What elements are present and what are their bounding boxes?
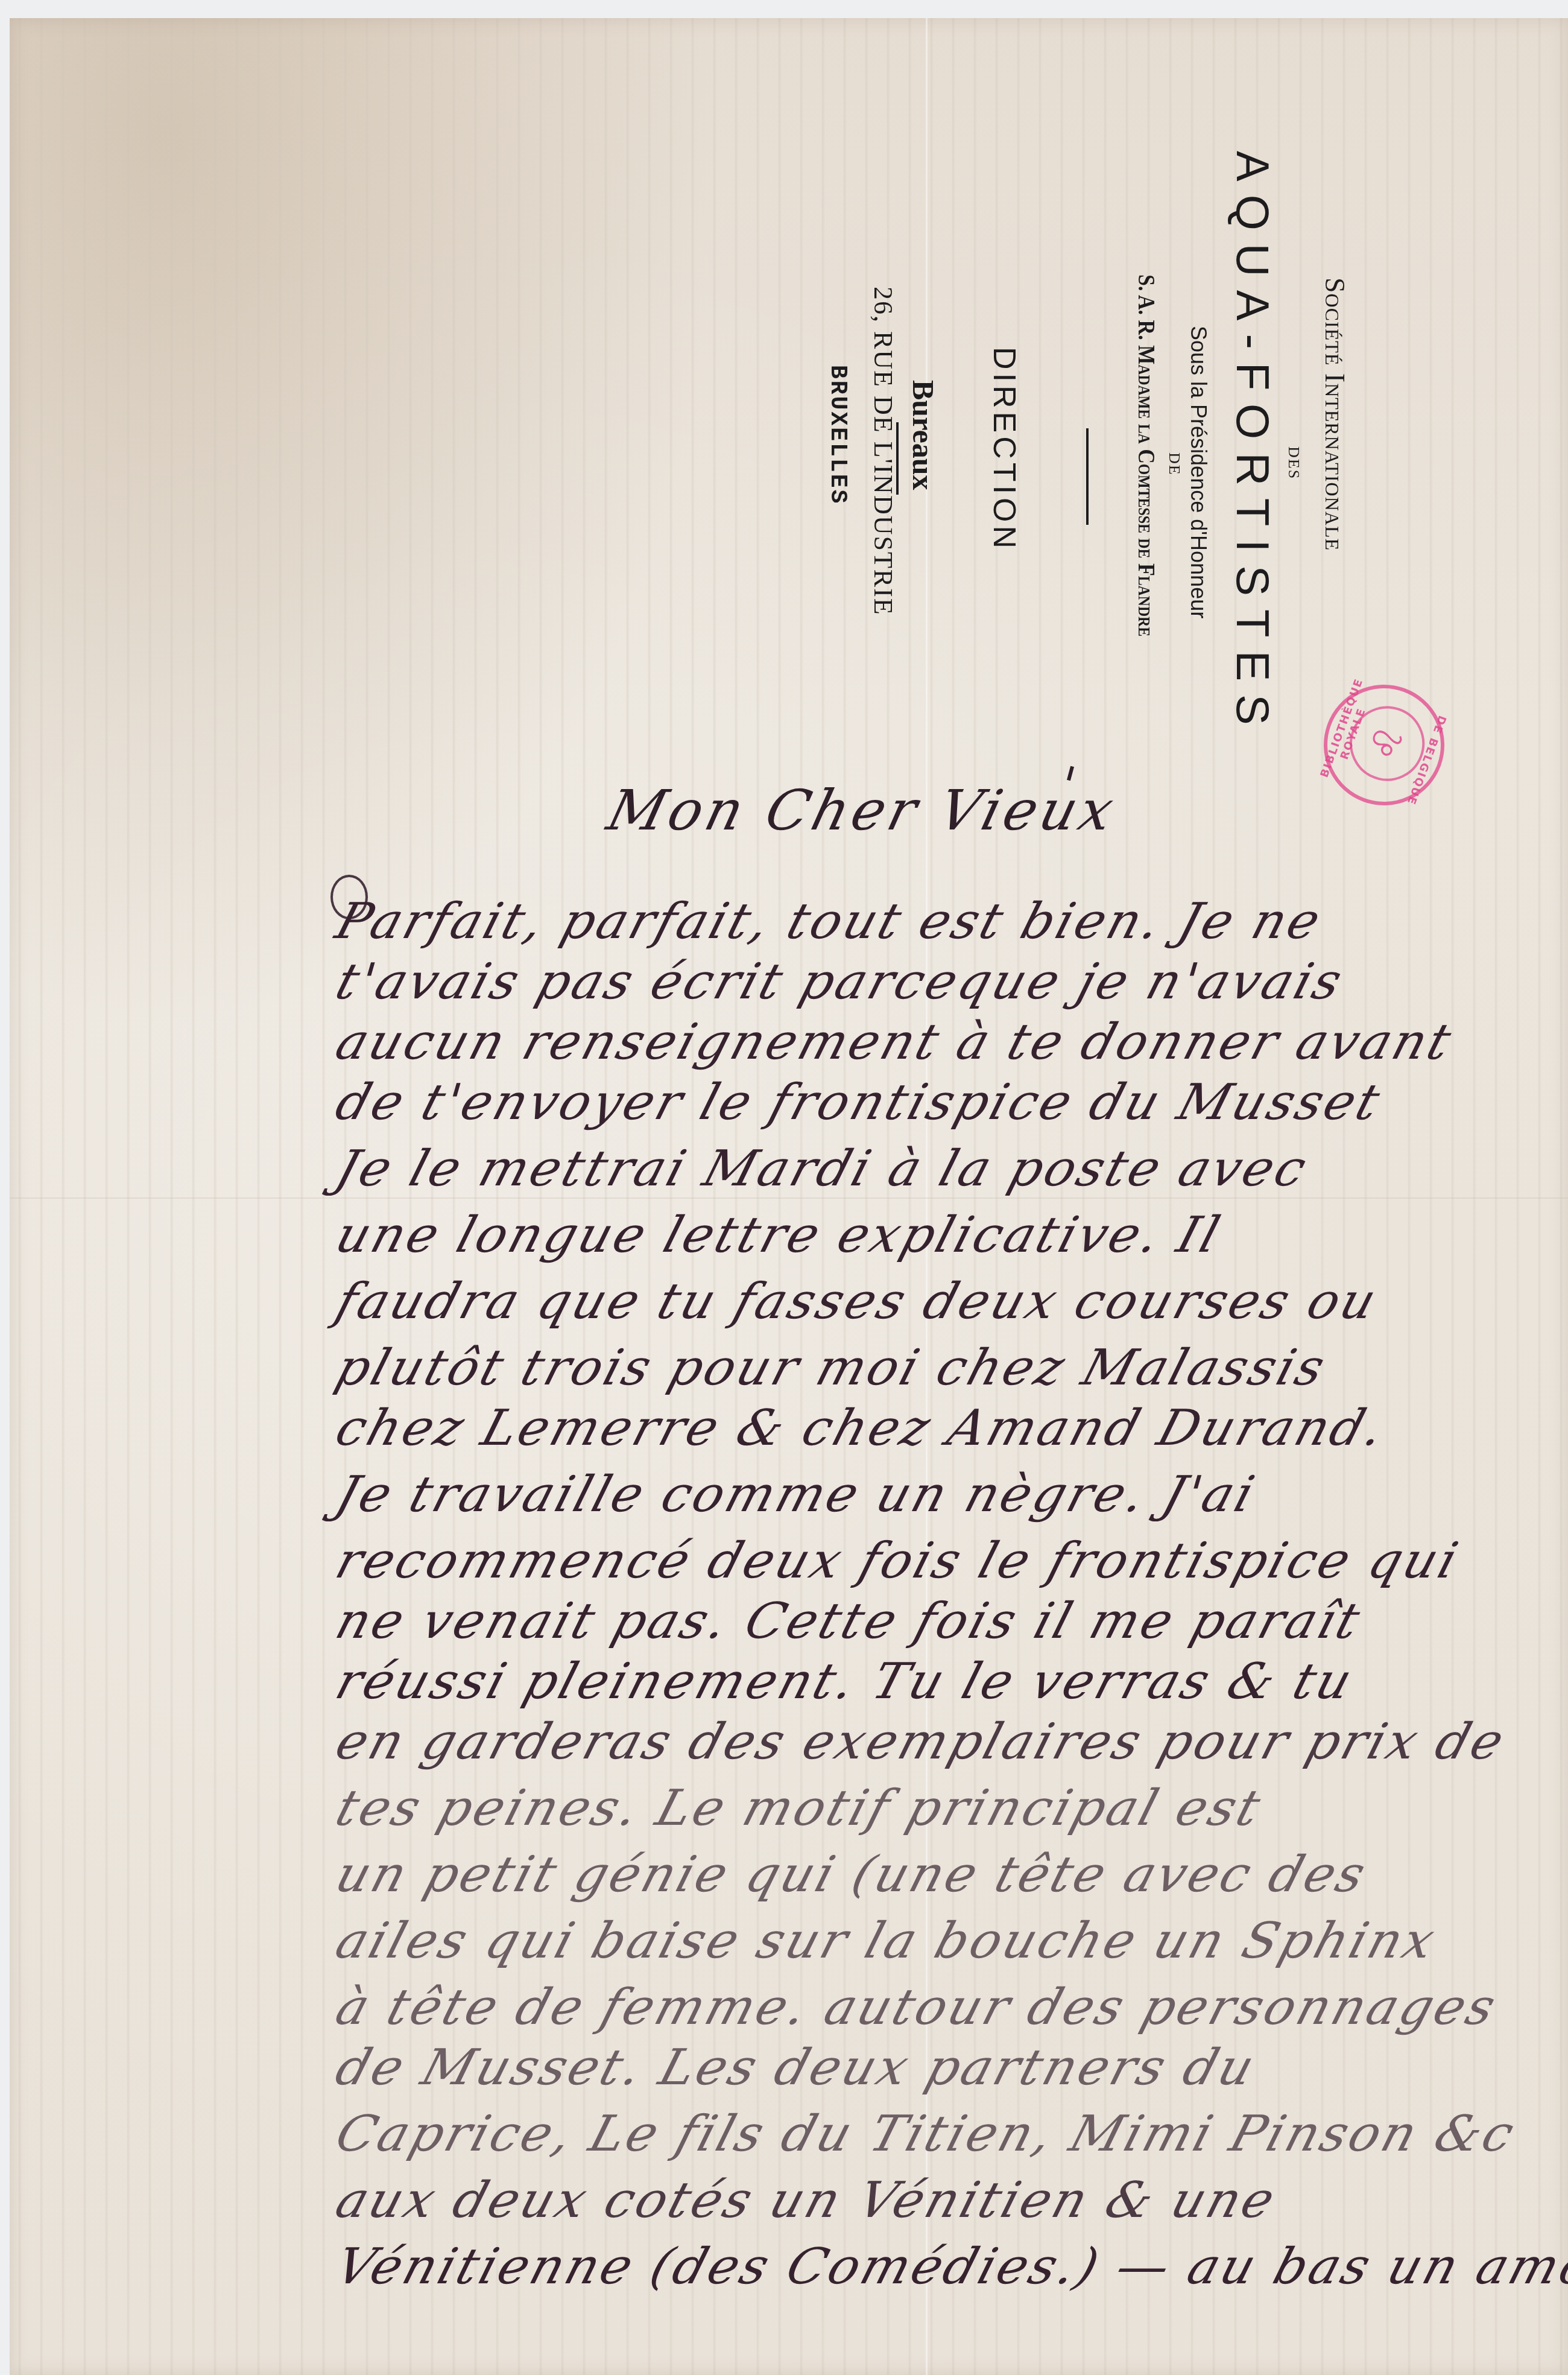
letter-line: chez Lemerre & chez Amand Durand. [329, 1400, 1393, 1457]
letter-line: de t'envoyer le frontispice du Musset [329, 1074, 1388, 1131]
salutation: Mon Cher Vieux [601, 778, 1124, 843]
letter-line: faudra que tu fasses deux courses ou [329, 1273, 1385, 1330]
letter-line: aux deux cotés un Vénitien & une [329, 2172, 1283, 2229]
letter-line: de Musset. Les deux partners du [329, 2039, 1262, 2096]
letter-line: recommencé deux fois le frontispice qui [329, 1532, 1466, 1590]
letter-line: une longue lettre explicative. Il [329, 1207, 1228, 1264]
divider-rule [1086, 428, 1089, 525]
letter-line: en garderas des exemplaires pour prix de [329, 1713, 1513, 1771]
bureaux-label: Bureaux [906, 380, 941, 490]
des-label: DES [1285, 446, 1303, 480]
letterhead: Société Internationale DES AQUA-FORTISTE… [706, 133, 1369, 796]
society-title: AQUA-FORTISTES [1226, 151, 1279, 738]
letter-line: réussi pleinement. Tu le verras & tu [329, 1653, 1361, 1710]
letter-line: ailes qui baise sur la bouche un Sphinx [329, 1912, 1443, 1970]
city-line: BRUXELLES [824, 365, 850, 505]
address-line: 26, RUE DE L'INDUSTRIE [868, 287, 899, 616]
letter-line: Vénitienne (des Comédies.) — au bas un a… [329, 2238, 1568, 2295]
letter-line: Je le mettrai Mardi à la poste avec [329, 1140, 1315, 1197]
direction-label: DIRECTION [986, 347, 1022, 552]
letter-line: Parfait, parfait, tout est bien. Je ne [329, 893, 1329, 950]
letterhead-rotated-block: Société Internationale DES AQUA-FORTISTE… [706, 133, 1369, 796]
letter-line: plutôt trois pour moi chez Malassis [329, 1339, 1333, 1397]
presidence-line: Sous la Présidence d'Honneur [1186, 326, 1211, 618]
letter-line: à tête de femme. autour des personnages [329, 1979, 1504, 2036]
patron-line: S. A. R. Madame la Comtesse de Flandre [1133, 274, 1161, 636]
letter-line: t'avais pas écrit parceque je n'avais [329, 953, 1350, 1010]
society-name: Société Internationale [1319, 277, 1351, 551]
letter-line: aucun renseignement à te donner avant [329, 1013, 1459, 1071]
letter-line: Je travaille comme un nègre. J'ai [329, 1466, 1262, 1523]
letter-line: un petit génie qui (une tête avec des [329, 1846, 1374, 1903]
letter-line: ne venait pas. Cette fois il me paraît [329, 1593, 1368, 1650]
horizontal-fold-crease [10, 1197, 1568, 1199]
letter-line: Caprice, Le fils du Titien, Mimi Pinson … [329, 2105, 1522, 2163]
de-label: DE [1165, 452, 1183, 476]
letter-line: tes peines. Le motif principal est [329, 1780, 1269, 1837]
